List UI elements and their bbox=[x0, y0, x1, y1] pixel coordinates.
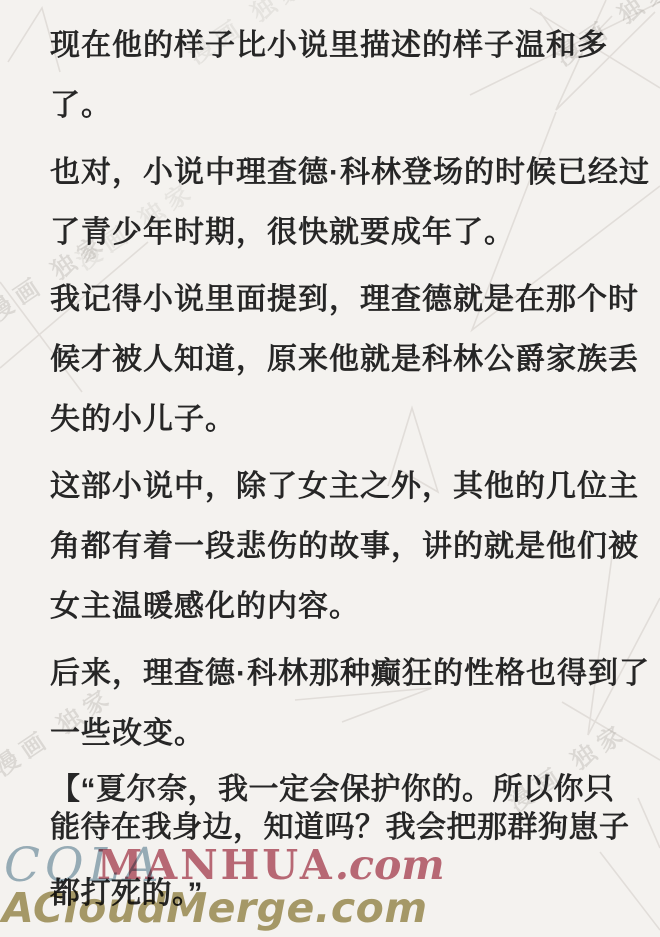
text-line: 我记得小说里面提到，理查德就是在那个时 bbox=[50, 270, 654, 330]
text-line: 角都有着一段悲伤的故事，讲的就是他们被 bbox=[50, 517, 654, 577]
text-line: 了。 bbox=[50, 76, 654, 136]
text-line: 失的小儿子。 bbox=[50, 390, 654, 450]
paragraph-3: 我记得小说里面提到，理查德就是在那个时 候才被人知道，原来他就是科林公爵家族丢 … bbox=[50, 270, 654, 450]
paragraph-1: 现在他的样子比小说里描述的样子温和多 了。 bbox=[50, 16, 654, 136]
novel-text-panel: 现在他的样子比小说里描述的样子温和多 了。 也对，小说中理查德·科林登场的时候已… bbox=[0, 0, 660, 913]
text-line: 【“夏尔奈，我一定会保护你的。所以你只 bbox=[50, 771, 654, 809]
text-line: 后来，理查德·科林那种癫狂的性格也得到了 bbox=[50, 644, 654, 704]
text-line: 能待在我身边，知道吗？我会把那群狗崽子 bbox=[50, 809, 654, 847]
manhua-novel-page: { "page": { "background": "#f4f2ef", "te… bbox=[0, 0, 660, 937]
text-line: 现在他的样子比小说里描述的样子温和多 bbox=[50, 16, 654, 76]
paragraph-4: 这部小说中，除了女主之外，其他的几位主 角都有着一段悲伤的故事，讲的就是他们被 … bbox=[50, 457, 654, 637]
text-line: 一些改变。 bbox=[50, 704, 654, 764]
text-line: 女主温暖感化的内容。 bbox=[50, 577, 654, 637]
paragraph-2: 也对，小说中理查德·科林登场的时候已经过 了青少年时期，很快就要成年了。 bbox=[50, 143, 654, 263]
text-line: 候才被人知道，原来他就是科林公爵家族丢 bbox=[50, 330, 654, 390]
paragraph-5: 后来，理查德·科林那种癫狂的性格也得到了 一些改变。 bbox=[50, 644, 654, 764]
text-line: 了青少年时期，很快就要成年了。 bbox=[50, 203, 654, 263]
text-line: 也对，小说中理查德·科林登场的时候已经过 bbox=[50, 143, 654, 203]
paragraph-quote: 【“夏尔奈，我一定会保护你的。所以你只 能待在我身边，知道吗？我会把那群狗崽子 … bbox=[50, 771, 654, 913]
text-line: 这部小说中，除了女主之外，其他的几位主 bbox=[50, 457, 654, 517]
text-line: 都打死的。” bbox=[50, 875, 654, 913]
